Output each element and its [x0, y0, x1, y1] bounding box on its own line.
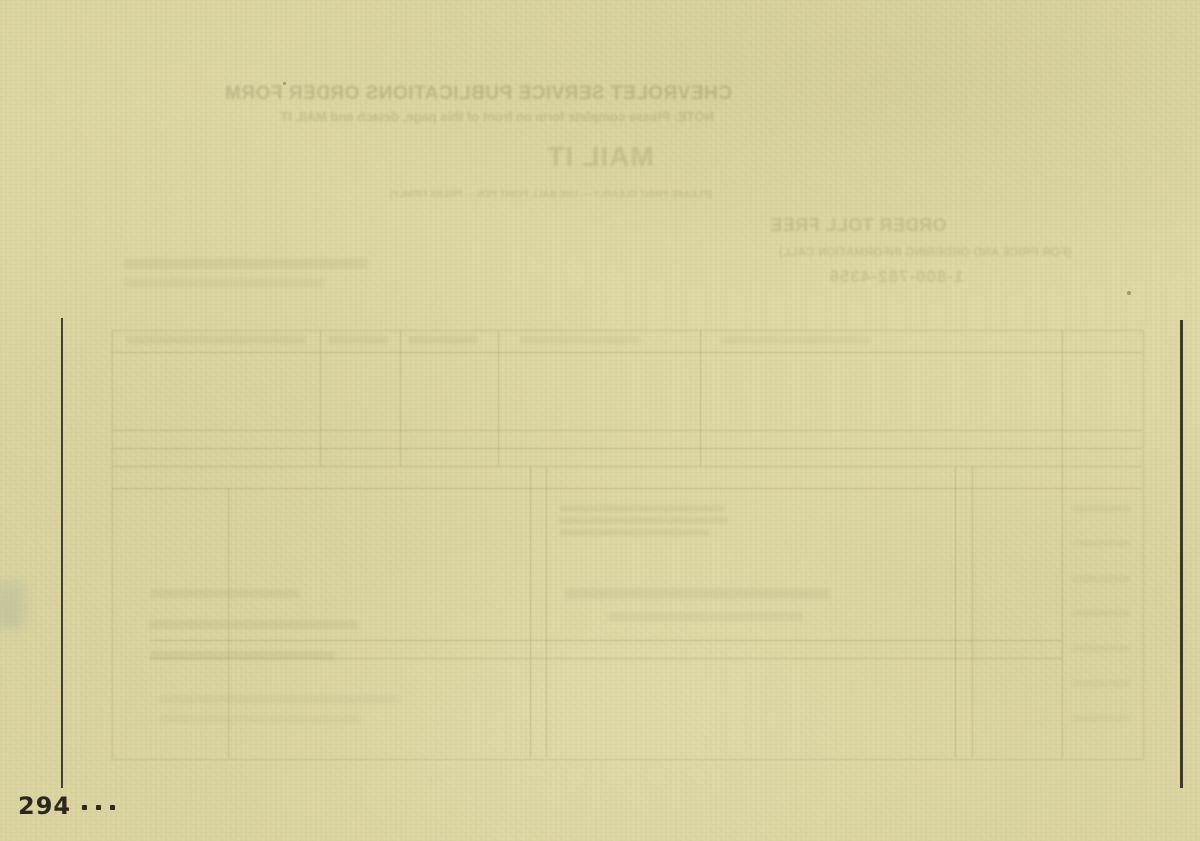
grid-hline — [112, 352, 1142, 353]
text-smudge — [560, 505, 725, 512]
text-smudge — [1072, 540, 1130, 547]
paper-texture — [0, 0, 1200, 841]
text-smudge — [124, 258, 368, 269]
ink-speck — [283, 82, 286, 85]
grid-vline — [700, 330, 701, 466]
page-dot — [96, 805, 101, 810]
text-smudge — [408, 336, 478, 344]
grid-vline — [400, 330, 401, 466]
grid-hline — [150, 640, 1062, 641]
grid-hline — [112, 466, 1142, 467]
bleedthrough-note: NOTE: Please complete form on front of t… — [298, 110, 714, 124]
bleedthrough-mail-it: MAIL IT — [505, 142, 695, 173]
text-smudge — [560, 529, 710, 536]
scanned-book-page: CHEVROLET SERVICE PUBLICATIONS ORDER FOR… — [0, 0, 1200, 841]
paper-weave-texture — [0, 0, 1200, 841]
grid-vline — [530, 466, 531, 758]
grid-vline — [955, 466, 956, 758]
text-smudge — [328, 336, 388, 344]
text-smudge — [160, 695, 400, 703]
grid-hline — [112, 488, 1142, 489]
text-smudge — [720, 336, 870, 344]
left-vertical-rule — [61, 318, 63, 788]
grid-vline — [1062, 330, 1063, 758]
text-smudge — [558, 517, 728, 524]
page-dot — [110, 805, 115, 810]
text-smudge — [520, 336, 640, 344]
page-dot — [82, 805, 87, 810]
bleedthrough-toll-free-sub: (FOR PRICE AND ORDERING INFORMATION CALL… — [742, 246, 1108, 259]
bleedthrough-fine-print: (PLEASE PRINT CLEARLY — USE BALL POINT P… — [385, 190, 717, 200]
text-smudge — [1072, 715, 1130, 722]
text-smudge — [150, 589, 300, 598]
text-smudge — [1072, 575, 1130, 582]
text-smudge — [148, 620, 358, 629]
grid-vline — [972, 466, 973, 758]
grid-outer-border — [112, 330, 1144, 760]
page-number-dots — [82, 805, 115, 810]
text-smudge — [608, 612, 803, 621]
bleedthrough-toll-free-heading: ORDER TOLL FREE — [752, 216, 964, 236]
bleedthrough-title: CHEVROLET SERVICE PUBLICATIONS ORDER FOR… — [268, 84, 732, 105]
text-smudge — [1072, 610, 1130, 617]
left-edge-smudge — [0, 583, 24, 629]
text-smudge — [1072, 505, 1130, 512]
grid-vline — [228, 488, 229, 758]
text-smudge — [160, 715, 360, 723]
right-vertical-rule — [1180, 320, 1183, 788]
page-footer: 294 — [18, 792, 115, 820]
grid-vline — [498, 330, 499, 466]
text-smudge — [126, 336, 306, 344]
bleedthrough-phone-number: 1-800-782-4356 — [788, 268, 1004, 287]
text-smudge — [565, 588, 830, 599]
grid-hline — [112, 430, 1142, 431]
grid-vline — [320, 330, 321, 466]
text-smudge — [124, 278, 324, 287]
grid-hline — [112, 448, 1142, 449]
ink-speck — [1127, 291, 1131, 295]
page-number: 294 — [18, 792, 71, 820]
text-smudge — [1072, 645, 1130, 652]
grid-vline — [546, 466, 547, 758]
text-smudge — [150, 651, 335, 660]
text-smudge — [1072, 680, 1130, 687]
grid-hline — [150, 658, 1062, 659]
bleedthrough-layer: CHEVROLET SERVICE PUBLICATIONS ORDER FOR… — [0, 0, 1200, 841]
